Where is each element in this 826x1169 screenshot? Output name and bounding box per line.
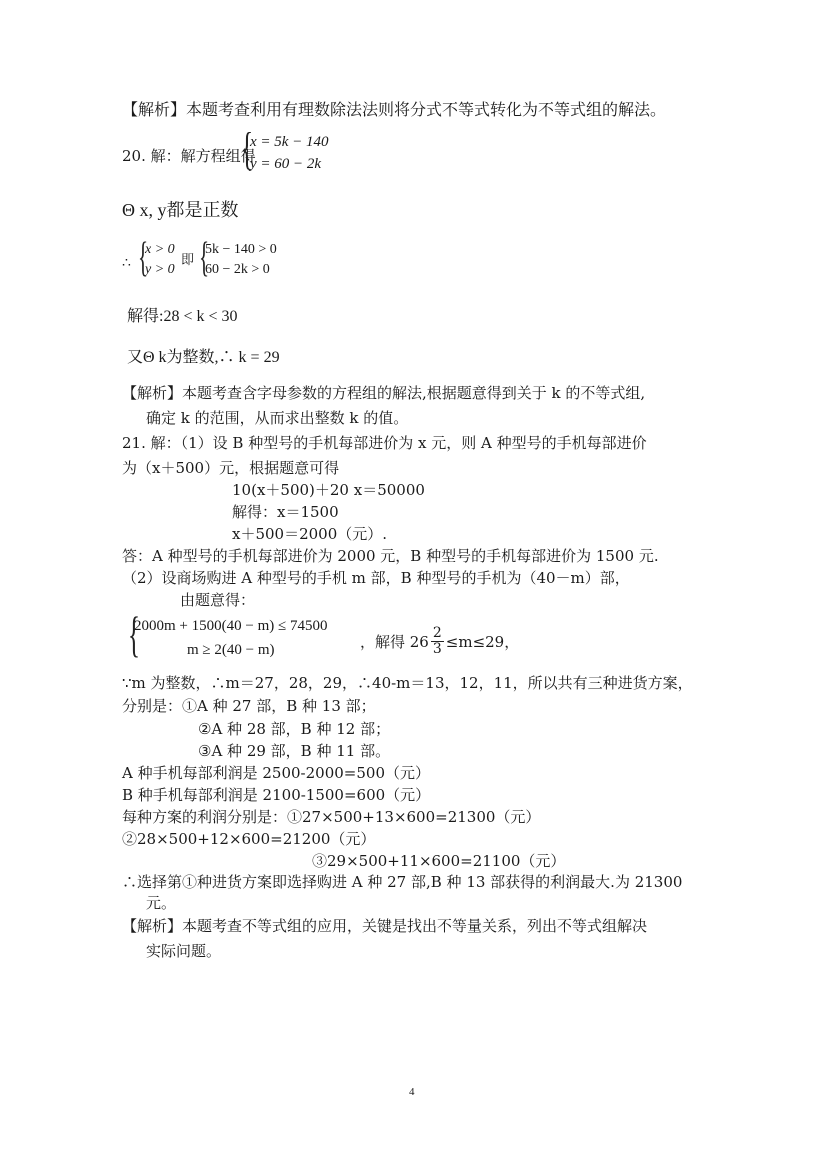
q20-ineq-system: 5k − 140 > 0 60 − 2k > 0 xyxy=(205,240,277,280)
solve-suffix: ≤m≤29， xyxy=(446,632,519,652)
q21-eq1: 10(x＋500)＋20 x＝50000 xyxy=(232,480,425,500)
q21-line1: 21. 解：（1）设 B 种型号的手机每部进价为 x 元，则 A 种型号的手机每… xyxy=(122,433,647,453)
solve-prefix: ，解得 26 xyxy=(360,632,429,652)
q20-integer-line: 又Θ k为整数,∴ k = 29 xyxy=(127,348,280,368)
q21-eq2: 解得：x＝1500 xyxy=(232,502,339,522)
cond-y: y > 0 xyxy=(145,260,175,280)
q20-analysis-line2: 确定 k 的范围，从而求出整数 k 的值。 xyxy=(146,408,408,428)
q21-integer-line: ∵m 为整数，∴m＝27，28，29，∴40-m＝13，12，11，所以共有三种… xyxy=(122,673,693,693)
q21-plans-intro: 分别是：①A 种 27 部，B 种 13 部； xyxy=(122,696,376,716)
q21-analysis-line1: 【解析】本题考查不等式组的应用，关键是找出不等量关系，列出不等式组解决 xyxy=(122,916,647,936)
q21-ineq-system: 2000m + 1500(40 − m) ≤ 74500 m ≥ 2(40 − … xyxy=(134,614,327,662)
q21-ineq-1: 2000m + 1500(40 − m) ≤ 74500 xyxy=(134,614,327,638)
q21-line2: 为（x＋500）元，根据题意可得 xyxy=(122,458,339,478)
q20-system-eq2: y = 60 − 2k xyxy=(250,153,329,175)
fraction: 2 3 xyxy=(431,626,444,657)
q21-ineq-2: m ≥ 2(40 − m) xyxy=(134,638,327,662)
q19-analysis: 【解析】本题考查利用有理数除法法则将分式不等式转化为不等式组的解法。 xyxy=(122,100,666,120)
cond-x: x > 0 xyxy=(145,240,175,260)
ineq-1: 5k − 140 > 0 xyxy=(205,240,277,260)
ineq-2: 60 − 2k > 0 xyxy=(205,260,277,280)
q20-system: x = 5k − 140 y = 60 − 2k xyxy=(250,131,329,175)
q21-profit-2: ②28×500+12×600=21200（元） xyxy=(122,829,375,849)
q20-cond-system: x > 0 y > 0 xyxy=(145,240,175,280)
q21-plan2: ②A 种 28 部，B 种 12 部； xyxy=(198,719,390,739)
q21-analysis-line2: 实际问题。 xyxy=(146,941,221,961)
fraction-denominator: 3 xyxy=(431,642,444,657)
q21-conclusion1: ∴选择第①种进货方案即选择购进 A 种 27 部,B 种 13 部获得的利润最大… xyxy=(122,872,682,892)
fraction-numerator: 2 xyxy=(431,626,444,642)
therefore-icon: ∴ xyxy=(122,253,131,273)
q21-profit-3: ③29×500+11×600=21100（元） xyxy=(312,851,565,871)
q21-plan3: ③A 种 29 部，B 种 11 部。 xyxy=(198,741,390,761)
q20-label: 20. 解：解方程组得 xyxy=(122,146,256,166)
q20-analysis-line1: 【解析】本题考查含字母参数的方程组的解法,根据题意得到关于 k 的不等式组, xyxy=(122,383,645,403)
q20-because-line: Θ x, y都是正数 xyxy=(122,200,239,220)
q21-profit-b: B 种手机每部利润是 2100-1500=600（元） xyxy=(122,785,430,805)
q21-profit-a: A 种手机每部利润是 2500-2000=500（元） xyxy=(122,763,430,783)
page-number: 4 xyxy=(409,1086,415,1098)
q21-conclusion2: 元。 xyxy=(146,893,176,913)
q21-by-meaning: 由题意得： xyxy=(180,590,255,610)
q20-ji: 即 xyxy=(181,251,194,271)
q21-answer: 答：A 种型号的手机每部进价为 2000 元，B 种型号的手机每部进价为 150… xyxy=(122,546,659,566)
q20-solve-line: 解得:28 < k < 30 xyxy=(127,307,238,327)
q21-part2: （2）设商场购进 A 种型号的手机 m 部，B 种型号的手机为（40－m）部， xyxy=(122,568,630,588)
q20-system-eq1: x = 5k − 140 xyxy=(250,131,329,153)
q21-profit-plans: 每种方案的利润分别是：①27×500+13×600=21300（元） xyxy=(122,807,540,827)
q21-solve-result: ，解得 26 2 3 ≤m≤29， xyxy=(360,626,519,657)
q21-eq3: x＋500＝2000（元）. xyxy=(232,524,387,544)
